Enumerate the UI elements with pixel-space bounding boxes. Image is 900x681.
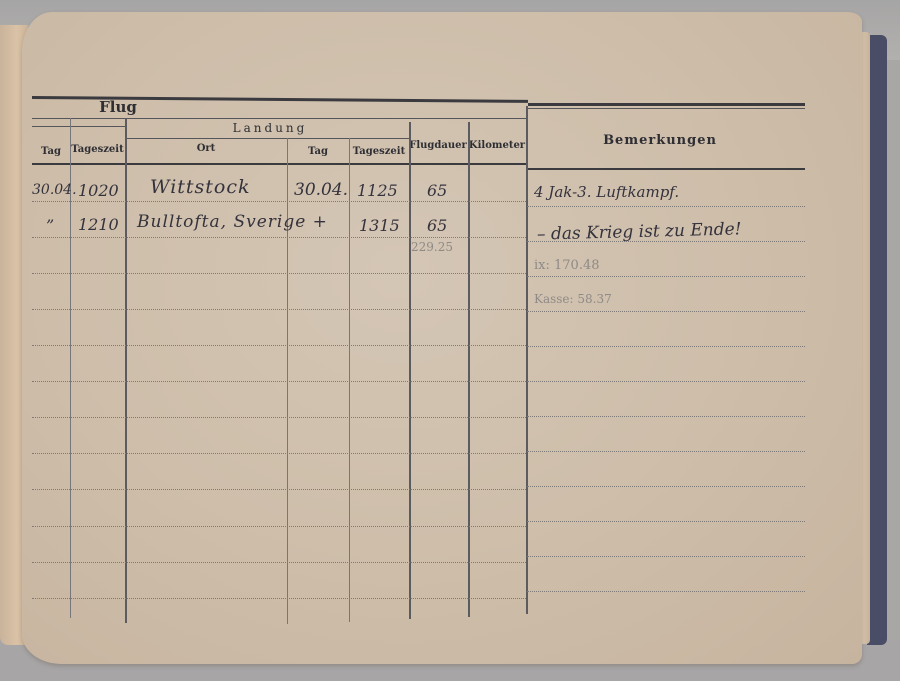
row2-tag-ditto: ” <box>46 216 54 235</box>
flugdauer-total: 229.25 <box>411 240 453 254</box>
row-line <box>32 598 526 599</box>
top-rule-right <box>528 103 805 106</box>
header-bottom-rule-right <box>526 168 805 170</box>
row1-flugdauer: 65 <box>427 181 447 200</box>
remarks-line <box>527 381 805 382</box>
col-line-4 <box>349 138 350 622</box>
header-bottom-rule-left <box>32 163 526 165</box>
remarks-line <box>527 346 805 347</box>
row1-landung-tageszeit: 1125 <box>357 181 398 200</box>
row1-bemerkungen: 4 Jak-3. Luftkampf. <box>534 183 679 201</box>
col-line-2 <box>125 118 127 623</box>
pencil-note-1: ix: 170.48 <box>534 258 600 273</box>
logbook-form: Flug Landung Tag Tageszeit Ort Tag Tages… <box>0 0 900 681</box>
remarks-line <box>527 521 805 522</box>
row-line <box>32 309 526 310</box>
row1-tageszeit: 1020 <box>78 181 119 200</box>
row1-ort: Wittstock <box>150 176 251 198</box>
row-line <box>32 381 526 382</box>
col-header-landung-tageszeit: Tageszeit <box>349 146 409 157</box>
row2-tageszeit: 1210 <box>78 215 119 234</box>
col-header-ort: Ort <box>125 143 287 154</box>
section-title-flug: Flug <box>98 98 138 116</box>
row-line <box>32 453 526 454</box>
col-header-kilometer: Kilometer <box>468 140 526 151</box>
row-line <box>32 345 526 346</box>
row-line <box>32 562 526 563</box>
top-rule-right-thin <box>528 108 805 109</box>
remarks-line <box>527 556 805 557</box>
row-line <box>32 417 526 418</box>
header-rule-1 <box>32 118 526 119</box>
header-rule-landung <box>125 138 409 139</box>
col-header-bemerkungen: Bemerkungen <box>560 133 760 148</box>
remarks-line <box>527 451 805 452</box>
col-header-tag: Tag <box>32 146 70 157</box>
remarks-line <box>527 591 805 592</box>
header-rule-2 <box>32 126 126 127</box>
row-line <box>32 273 526 274</box>
col-header-tageszeit: Tageszeit <box>70 144 125 155</box>
remarks-line <box>527 276 805 277</box>
row2-flugdauer: 65 <box>427 216 447 235</box>
row-line <box>32 489 526 490</box>
remarks-line <box>527 416 805 417</box>
remarks-line <box>527 311 805 312</box>
row-line <box>32 526 526 527</box>
row2-landung-tageszeit: 1315 <box>359 216 400 235</box>
col-line-7 <box>526 106 528 614</box>
row1-landung-tag: 30.04. <box>294 180 348 200</box>
row1-tag: 30.04. <box>32 182 77 198</box>
col-header-landung-tag: Tag <box>287 146 349 157</box>
remarks-line <box>527 486 805 487</box>
row-line <box>32 237 526 238</box>
pencil-note-2: Kasse: 58.37 <box>534 292 612 306</box>
group-header-landung: Landung <box>200 121 340 135</box>
row2-ort: Bulltofta, Sverige + <box>137 212 328 232</box>
col-header-flugdauer: Flugdauer <box>408 140 468 151</box>
remarks-line <box>527 206 805 207</box>
row-line <box>32 201 526 202</box>
col-line-5 <box>409 122 411 619</box>
col-line-6 <box>468 122 470 617</box>
